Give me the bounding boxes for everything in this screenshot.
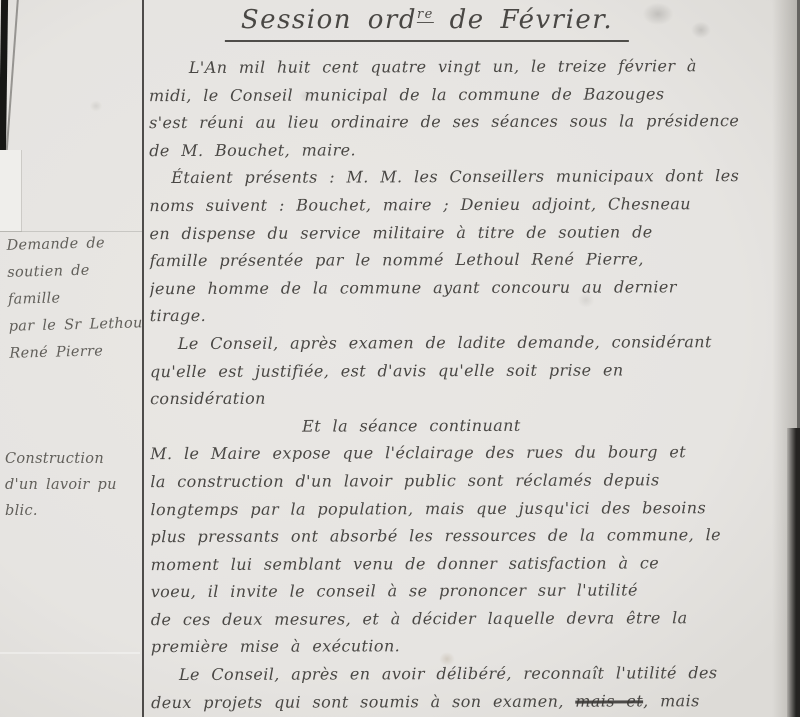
page-title: Session ordre de Février. — [225, 5, 629, 42]
margin-note-line: par le Sr Lethou — [8, 310, 147, 341]
body-line: famille présentée par le nommé Lethoul R… — [150, 245, 796, 275]
body-line: qu'elle est justifiée, est d'avis qu'ell… — [150, 355, 796, 385]
body-line: plus pressants ont absorbé les ressource… — [150, 521, 796, 551]
body-line: considération — [150, 383, 796, 413]
title-superscript: re — [417, 7, 434, 23]
margin-note-construction-lavoir: Construction d'un lavoir pu blic. — [5, 446, 143, 524]
body-line: midi, le Conseil municipal de la commune… — [149, 79, 795, 109]
body-line-with-strikethrough: deux projets qui sont soumis à son exame… — [151, 687, 797, 717]
manuscript-page: Session ordre de Février. Demande de sou… — [0, 0, 800, 717]
body-line: de ces deux mesures, et à décider laquel… — [151, 604, 797, 634]
body-line: tirage. — [150, 300, 796, 330]
body-line: longtemps par la population, mais que ju… — [150, 493, 796, 523]
body-line: Le Conseil, après en avoir délibéré, rec… — [151, 659, 797, 689]
body-line: s'est réuni au lieu ordinaire de ses séa… — [149, 107, 795, 137]
underlying-page-corner — [0, 150, 22, 232]
manuscript-body: L'An mil huit cent quatre vingt un, le t… — [149, 52, 797, 717]
title-main: Session ord — [241, 5, 417, 35]
body-line: voeu, il invite le conseil à se prononce… — [151, 576, 797, 606]
margin-note-soutien-de-famille: Demande de soutien de famille par le Sr … — [6, 229, 147, 368]
body-line: Et la séance continuant — [150, 411, 796, 441]
body-line: jeune homme de la commune ayant concouru… — [150, 273, 796, 303]
body-line-pre: deux projets qui sont soumis à son exame… — [151, 691, 575, 711]
margin-note-line: Construction — [5, 446, 143, 472]
title-rest: de Février. — [434, 5, 613, 35]
margin-note-line: soutien de famille — [7, 256, 146, 314]
margin-note-line: Demande de — [6, 229, 145, 260]
body-line-post: , mais — [643, 691, 700, 710]
margin-note-line: d'un lavoir pu — [5, 472, 143, 498]
margin-note-line: blic. — [5, 498, 143, 524]
body-line: en dispense du service militaire à titre… — [149, 217, 795, 247]
body-line: Le Conseil, après examen de ladite deman… — [150, 328, 796, 358]
body-line: première mise à exécution. — [151, 631, 797, 661]
paper-crease — [0, 652, 140, 654]
body-line: la construction d'un lavoir public sont … — [150, 466, 796, 496]
body-line: moment lui semblant venu de donner satis… — [151, 549, 797, 579]
margin-note-line: René Pierre — [9, 337, 148, 368]
body-line: L'An mil huit cent quatre vingt un, le t… — [149, 52, 795, 82]
body-line: M. le Maire expose que l'éclairage des r… — [150, 438, 796, 468]
struck-word: mais et — [575, 691, 643, 710]
body-line: de M. Bouchet, maire. — [149, 135, 795, 165]
body-line: Étaient présents : M. M. les Conseillers… — [149, 162, 795, 192]
body-line: noms suivent : Bouchet, maire ; Denieu a… — [149, 190, 795, 220]
